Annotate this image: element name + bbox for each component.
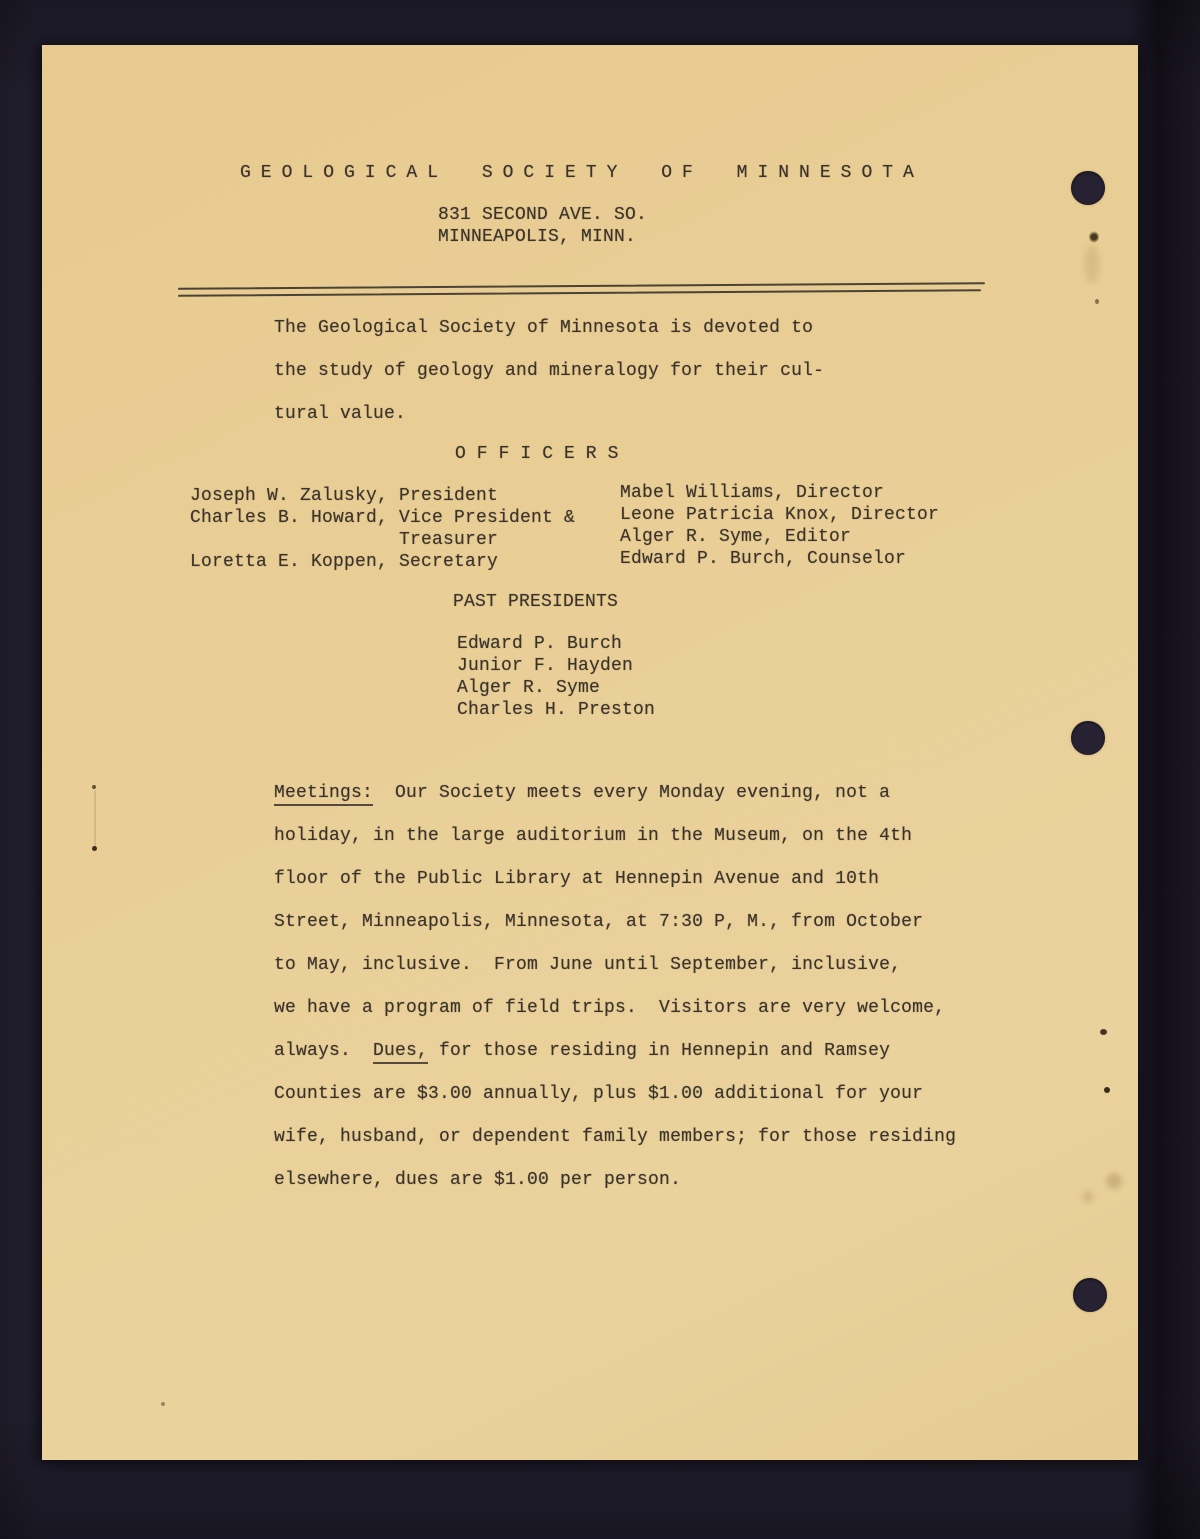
ink-speck [1100,1029,1107,1035]
dues-pre: always. [274,1041,373,1061]
ink-smudge [1089,231,1099,243]
officers-heading: OFFICERS [455,444,629,464]
address-line-2: MINNEAPOLIS, MINN. [438,227,636,247]
past-presidents-heading: PAST PRESIDENTS [453,592,618,612]
intro-line: tural value. [274,404,406,424]
past-president: Junior F. Hayden [457,656,633,676]
meetings-line: Counties are $3.00 annually, plus $1.00 … [274,1084,923,1104]
officer-left: Charles B. Howard, Vice President & [190,508,575,528]
officer-right: Alger R. Syme, Editor [620,527,851,547]
punch-hole [1071,171,1105,205]
punch-hole [1071,721,1105,755]
past-president: Charles H. Preston [457,700,655,720]
meetings-line: holiday, in the large auditorium in the … [274,826,912,846]
page-title: GEOLOGICAL SOCIETY OF MINNESOTA [240,163,924,183]
address-line-1: 831 SECOND AVE. SO. [438,205,647,225]
punch-hole [1073,1278,1107,1312]
officer-right: Mabel Williams, Director [620,483,884,503]
ink-smudge [1082,1191,1094,1203]
ink-smudge [1106,1173,1122,1189]
ink-speck [1104,1087,1110,1093]
meetings-line: elsewhere, dues are $1.00 per person. [274,1170,681,1190]
ink-speck [92,785,96,789]
meetings-line: always. Dues, for those residing in Henn… [274,1041,890,1061]
meetings-line: Street, Minneapolis, Minnesota, at 7:30 … [274,912,923,932]
ink-smudge [1084,245,1100,283]
intro-line: The Geological Society of Minnesota is d… [274,318,813,338]
paper-crease [94,790,96,847]
ink-speck [161,1402,165,1406]
dues-label: Dues, [373,1041,428,1064]
double-rule [178,282,985,297]
ink-speck [1095,299,1099,304]
meetings-line: to May, inclusive. From June until Septe… [274,955,901,975]
document-page: GEOLOGICAL SOCIETY OF MINNESOTA 831 SECO… [42,45,1138,1460]
officer-left: Joseph W. Zalusky, President [190,486,498,506]
meetings-line: wife, husband, or dependent family membe… [274,1127,956,1147]
meetings-label: Meetings: [274,783,373,806]
dues-post: for those residing in Hennepin and Ramse… [428,1041,890,1061]
past-president: Alger R. Syme [457,678,600,698]
officer-left-wrap: Treasurer [399,530,498,550]
meetings-line: we have a program of field trips. Visito… [274,998,945,1018]
officer-left: Loretta E. Koppen, Secretary [190,552,498,572]
intro-line: the study of geology and mineralogy for … [274,361,824,381]
officer-right: Leone Patricia Knox, Director [620,505,939,525]
meetings-line: Meetings: Our Society meets every Monday… [274,783,890,803]
meetings-line: floor of the Public Library at Hennepin … [274,869,879,889]
meetings-text: Our Society meets every Monday evening, … [373,783,890,803]
past-president: Edward P. Burch [457,634,622,654]
officer-right: Edward P. Burch, Counselor [620,549,906,569]
